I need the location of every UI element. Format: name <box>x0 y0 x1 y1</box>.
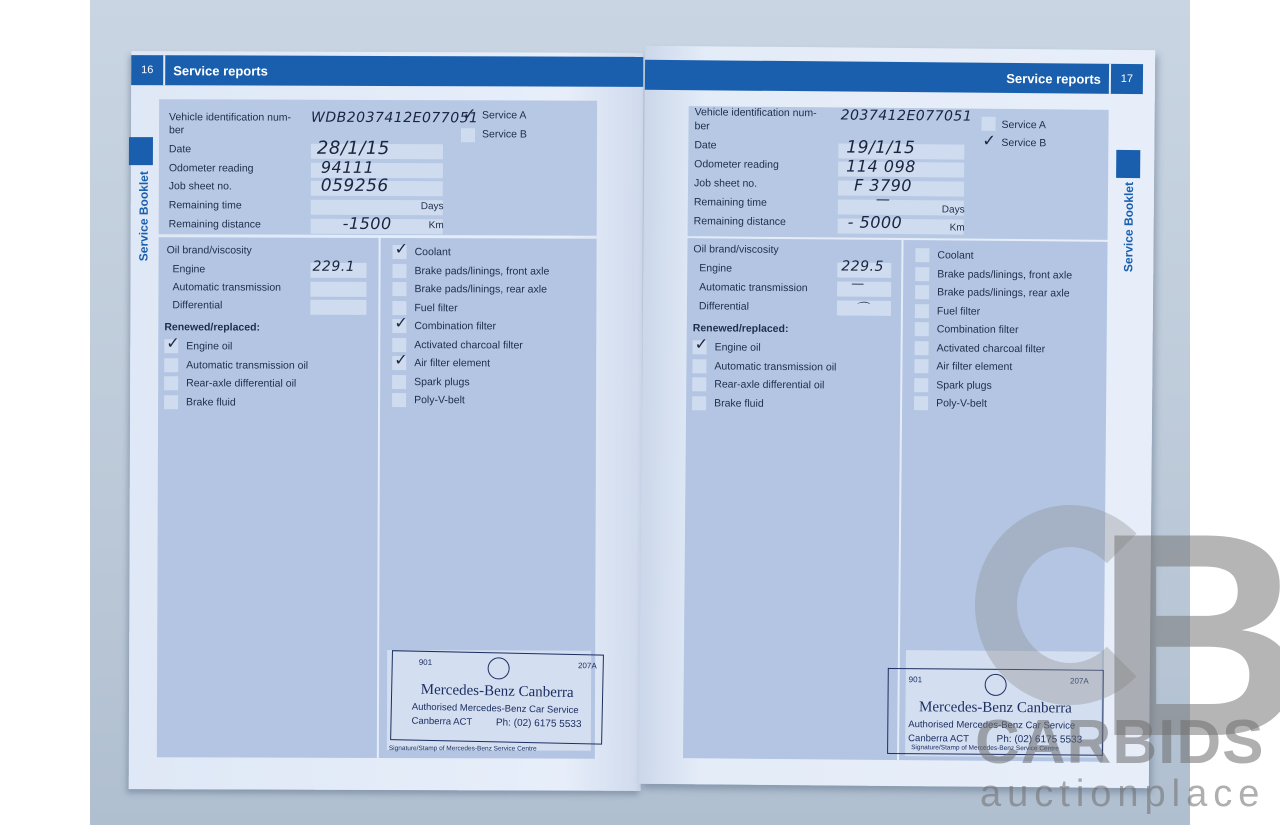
item-label: Spark plugs <box>414 376 469 388</box>
remaining-distance-value: -1500 <box>343 214 392 233</box>
service-b-check-icon: ✓ <box>982 131 996 150</box>
odometer-value: 114 098 <box>846 157 916 177</box>
oil-engine-value: 229.1 <box>313 259 356 275</box>
oil-engine-label: Engine <box>173 263 206 275</box>
checkbox-air-filter-element[interactable] <box>914 359 928 373</box>
item-label: Engine oil <box>715 341 761 353</box>
mercedes-star-icon <box>487 657 509 679</box>
signature-caption: Signature/Stamp of Mercedes-Benz Service… <box>389 745 537 753</box>
page-title: Service reports <box>165 63 276 78</box>
oil-auto-trans-value: — <box>851 277 865 292</box>
auctionplace-watermark: auctionplace <box>980 775 1265 813</box>
days-unit: Days <box>942 204 965 215</box>
days-unit: Days <box>421 201 444 212</box>
side-tab-label: Service Booklet <box>1121 182 1136 272</box>
checkbox-poly-v-belt[interactable] <box>914 396 928 410</box>
odometer-value: 94111 <box>321 158 374 177</box>
oil-heading: Oil brand/viscosity <box>167 244 252 256</box>
item-label: Brake pads/linings, rear axle <box>414 283 547 295</box>
checkbox-brake-fluid[interactable] <box>692 396 706 410</box>
item-label: Coolant <box>937 249 973 261</box>
item-label: Rear-axle differential oil <box>186 377 296 389</box>
date-label: Date <box>694 139 716 151</box>
dealer-stamp: 901 207A Mercedes-Benz Canberra Authoris… <box>390 650 604 744</box>
check-mark-icon: ✓ <box>395 239 408 258</box>
service-a-checkbox[interactable] <box>982 117 996 131</box>
oil-differential-field[interactable] <box>310 300 366 315</box>
item-label: Automatic transmission oil <box>186 359 308 371</box>
checkbox-combination-filter[interactable] <box>915 322 929 336</box>
page-number: 17 <box>1109 64 1143 94</box>
service-a-label: Service A <box>1002 119 1046 131</box>
item-label: Combination filter <box>414 320 496 332</box>
checkbox-rear-axle-differential-oil[interactable] <box>692 377 706 391</box>
oil-differential-label: Differential <box>699 300 749 312</box>
item-label: Brake fluid <box>186 396 236 408</box>
page-title: Service reports <box>998 70 1109 86</box>
stamp-authorised: Authorised Mercedes-Benz Car Service <box>412 702 579 716</box>
oil-auto-trans-field[interactable] <box>310 282 366 297</box>
item-label: Poly-V-belt <box>414 394 465 406</box>
checkbox-automatic-transmission-oil[interactable] <box>692 359 706 373</box>
check-mark-icon: ✓ <box>394 313 407 332</box>
date-value: 28/1/15 <box>317 138 390 159</box>
vin-value: 2037412E077051 <box>841 107 973 124</box>
item-label: Fuel filter <box>414 302 457 314</box>
item-label: Brake fluid <box>714 397 764 409</box>
item-label: Brake pads/linings, front axle <box>415 265 550 277</box>
remaining-distance-label: Remaining distance <box>169 218 261 230</box>
stamp-dealer-name: Mercedes-Benz Canberra <box>392 681 602 702</box>
carbids-watermark: CARBIDS <box>975 712 1264 774</box>
stamp-address: Canberra ACT <box>411 716 472 728</box>
item-label: Fuel filter <box>937 305 980 317</box>
oil-auto-trans-label: Automatic transmission <box>172 281 281 293</box>
item-label: Activated charcoal filter <box>414 339 523 351</box>
item-label: Air filter element <box>936 360 1012 373</box>
checkbox-brake-pads-linings-rear-axle[interactable] <box>392 282 406 296</box>
job-sheet-value: 059256 <box>321 176 389 196</box>
checkbox-coolant[interactable] <box>915 248 929 262</box>
checkbox-rear-axle-differential-oil[interactable] <box>164 376 178 390</box>
date-value: 19/1/15 <box>846 138 915 159</box>
date-label: Date <box>169 143 191 155</box>
checkbox-poly-v-belt[interactable] <box>392 393 406 407</box>
side-tab-marker <box>129 137 153 165</box>
checkbox-brake-pads-linings-front-axle[interactable] <box>393 264 407 278</box>
oil-differential-value: ⌒ <box>855 298 869 317</box>
check-mark-icon: ✓ <box>166 333 179 352</box>
renewed-heading: Renewed/replaced: <box>164 321 260 333</box>
job-sheet-label: Job sheet no. <box>169 180 232 192</box>
check-mark-icon: ✓ <box>394 350 407 369</box>
service-a-check-icon: ✓ <box>463 104 476 123</box>
oil-differential-label: Differential <box>172 299 222 311</box>
service-booklet-page-16: 16 Service reports Service Booklet Vehic… <box>129 51 644 791</box>
renewed-heading: Renewed/replaced: <box>693 322 789 335</box>
item-label: Poly-V-belt <box>936 397 987 409</box>
service-b-checkbox[interactable] <box>461 128 475 142</box>
side-tab-label: Service Booklet <box>137 171 151 261</box>
odometer-label: Odometer reading <box>169 162 254 174</box>
item-label: Brake pads/linings, rear axle <box>937 286 1070 299</box>
remaining-distance-value: - 5000 <box>848 213 903 232</box>
side-tab-marker <box>1116 150 1140 178</box>
km-unit: Km <box>429 220 444 231</box>
checkbox-fuel-filter[interactable] <box>915 304 929 318</box>
oil-engine-value: 229.5 <box>841 259 884 275</box>
oil-heading: Oil brand/viscosity <box>693 243 778 256</box>
service-b-label: Service B <box>482 128 527 140</box>
vin-label-cont: ber <box>694 120 709 132</box>
vin-label: Vehicle identification num- <box>169 111 291 123</box>
checkbox-spark-plugs[interactable] <box>392 375 406 389</box>
job-sheet-label: Job sheet no. <box>694 177 757 190</box>
item-label: Automatic transmission oil <box>714 360 836 373</box>
checkbox-activated-charcoal-filter[interactable] <box>915 341 929 355</box>
stamp-phone: Ph: (02) 6175 5533 <box>496 717 582 730</box>
stamp-address: Canberra ACT <box>908 733 969 745</box>
vin-label-cont: ber <box>169 124 184 136</box>
checkbox-brake-pads-linings-rear-axle[interactable] <box>915 285 929 299</box>
item-label: Rear-axle differential oil <box>714 378 824 391</box>
item-label: Engine oil <box>186 340 232 352</box>
item-label: Brake pads/linings, front axle <box>937 268 1072 281</box>
item-label: Air filter element <box>414 357 490 369</box>
checkbox-spark-plugs[interactable] <box>914 378 928 392</box>
check-mark-icon: ✓ <box>695 334 709 353</box>
service-b-label: Service B <box>1001 137 1046 149</box>
checkbox-brake-pads-linings-front-axle[interactable] <box>915 267 929 281</box>
oil-engine-label: Engine <box>699 262 732 274</box>
oil-auto-trans-label: Automatic transmission <box>699 281 808 294</box>
remaining-time-label: Remaining time <box>169 199 242 211</box>
checkbox-brake-fluid[interactable] <box>164 395 178 409</box>
remaining-time-label: Remaining time <box>694 196 767 209</box>
remaining-time-value: — <box>876 192 891 208</box>
item-label: Combination filter <box>937 323 1019 336</box>
km-unit: Km <box>950 222 965 233</box>
item-label: Spark plugs <box>936 379 992 391</box>
remaining-distance-label: Remaining distance <box>694 215 786 228</box>
stamp-code-right: 207A <box>578 661 597 670</box>
vin-label: Vehicle identification num- <box>695 106 817 119</box>
checkbox-automatic-transmission-oil[interactable] <box>164 358 178 372</box>
page-number: 16 <box>131 55 165 85</box>
vin-value: WDB2037412E077051 <box>311 110 478 127</box>
item-label: Activated charcoal filter <box>937 342 1046 355</box>
stamp-code-left: 901 <box>909 675 922 684</box>
page-header: 16 Service reports <box>131 55 643 87</box>
service-a-label: Service A <box>482 109 526 121</box>
item-label: Coolant <box>415 246 451 258</box>
page-header: Service reports 17 <box>645 60 1143 94</box>
stamp-code-left: 901 <box>419 658 433 667</box>
odometer-label: Odometer reading <box>694 158 779 171</box>
